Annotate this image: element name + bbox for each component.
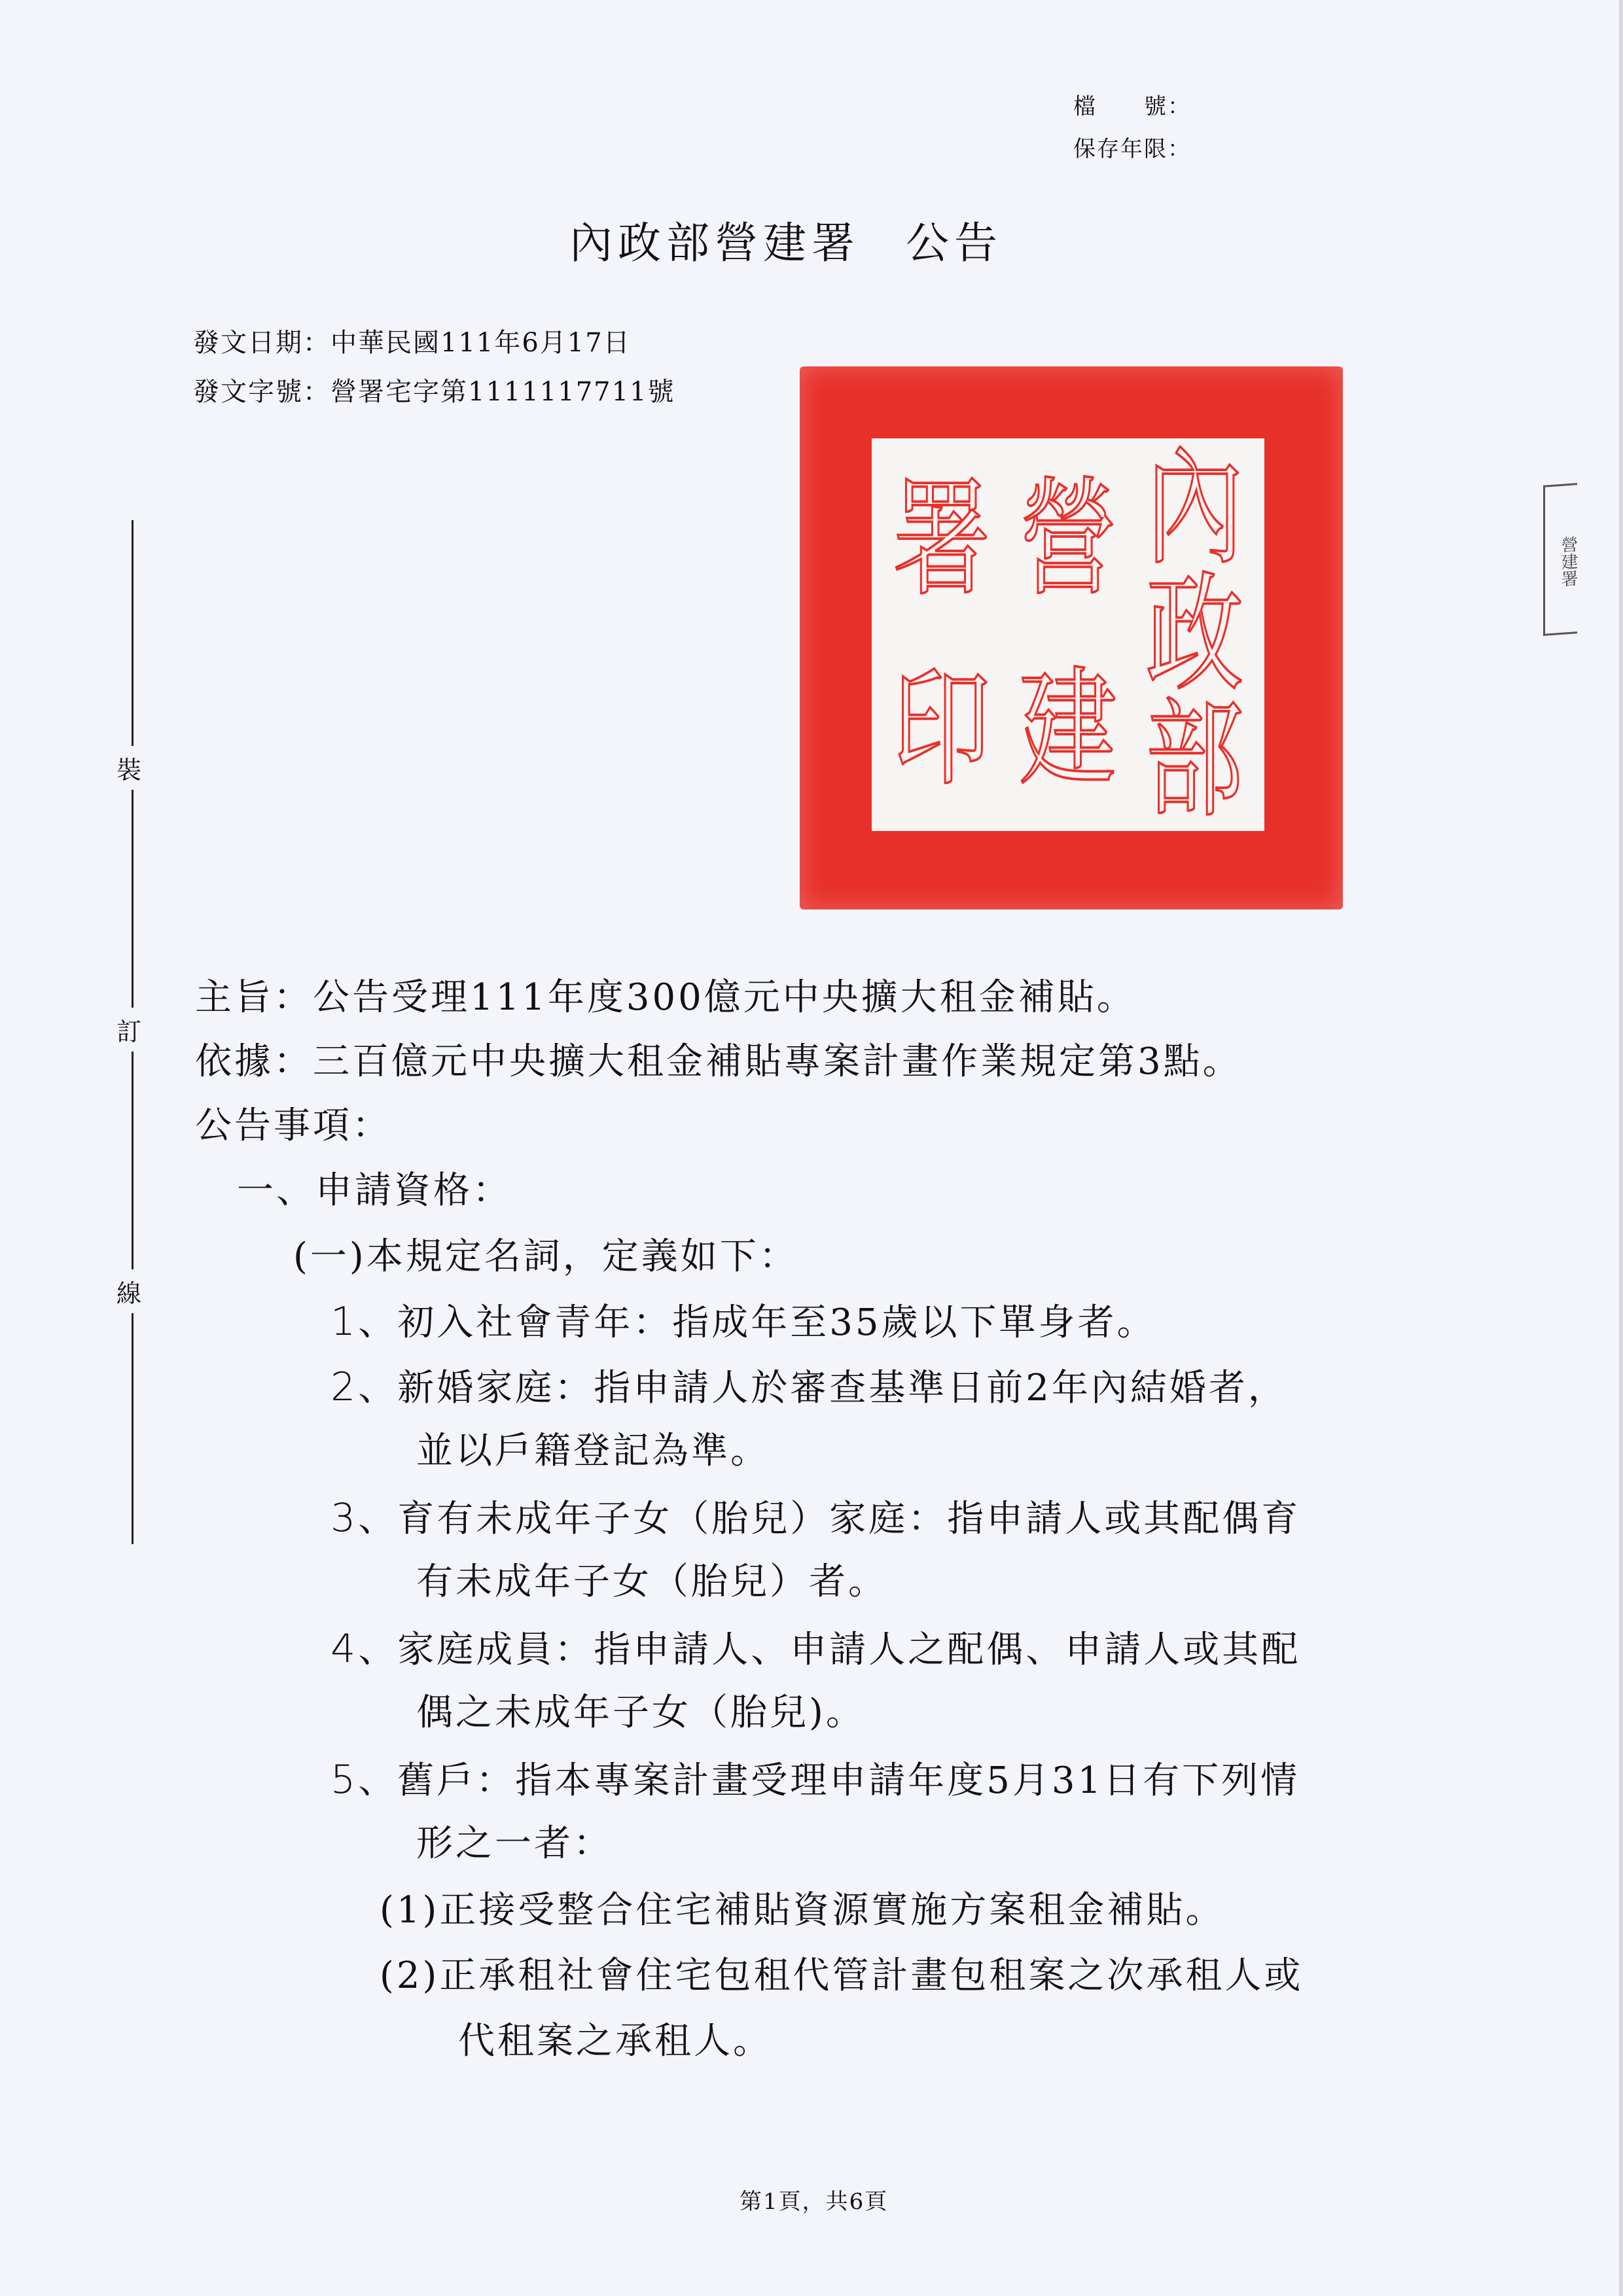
seal-char: 部: [1145, 698, 1243, 825]
seal-inner-field: 內 政 部 營 建 署 印: [872, 438, 1264, 831]
definition-item-5-cont: 形之一者：: [416, 1826, 613, 1862]
retention-period-label: 保存年限：: [1073, 131, 1191, 163]
page-title: 內政部營建署公告: [569, 208, 1003, 270]
basis-text: 三百億元中央擴大租金補貼專案計畫作業規定第3點。: [313, 1040, 1242, 1083]
issue-number: 發文字號：營署宅字第1111117711號: [193, 371, 675, 408]
case-number: (1): [380, 1889, 439, 1932]
side-stamp: 營建署: [1543, 483, 1577, 636]
item-number: 2: [330, 1368, 358, 1407]
seal-char: 政: [1145, 571, 1243, 698]
binding-char-ding: 訂: [116, 1008, 141, 1051]
subject-label: 主旨：: [195, 976, 313, 1019]
seal-char: 署: [893, 476, 991, 604]
issue-date: 發文日期：中華民國111年6月17日: [193, 322, 631, 359]
official-seal: 內 政 部 營 建 署 印: [800, 366, 1343, 910]
file-number-label: 檔 號：: [1073, 88, 1191, 120]
item-number: 5: [330, 1760, 358, 1799]
seal-char: 建: [1019, 666, 1117, 794]
old-household-case-1: (1)正接受整合住宅補貼資源實施方案租金補貼。: [380, 1892, 1224, 1929]
case-number: (2): [380, 1954, 439, 1997]
item-number: 4: [330, 1629, 358, 1669]
case-text: 正接受整合住宅補貼資源實施方案租金補貼。: [439, 1889, 1224, 1932]
basis-label: 依據：: [195, 1040, 313, 1083]
definition-item-3: 3、育有未成年子女（胎兒）家庭：指申請人或其配偶育: [330, 1498, 1300, 1538]
definition-item-4-cont: 偶之未成年子女（胎兒)。: [416, 1695, 865, 1731]
old-household-case-2: (2)正承租社會住宅包租代管計畫包租案之次承租人或: [380, 1958, 1303, 1994]
page-indicator: 第1頁，共6頁: [740, 2183, 888, 2216]
scan-edge: [1619, 0, 1623, 2296]
seal-char: 營: [1019, 476, 1117, 604]
item-text: 、舊戶：指本專案計畫受理申請年度5月31日有下列情: [358, 1759, 1300, 1802]
definition-item-2: 2、新婚家庭：指申請人於審查基準日前2年內結婚者，: [330, 1368, 1287, 1407]
item-text: 、新婚家庭：指申請人於審查基準日前2年內結婚者，: [358, 1367, 1287, 1409]
seal-column-3: 署 印: [893, 445, 991, 824]
issue-date-label: 發文日期：: [193, 328, 330, 358]
definition-item-1: 1、初入社會青年：指成年至35歲以下單身者。: [330, 1302, 1156, 1341]
subsection-1-heading: (一)本規定名詞，定義如下：: [293, 1239, 798, 1275]
binding-char-zhuang: 裝: [116, 746, 141, 790]
subject-text: 公告受理111年度300億元中央擴大租金補貼。: [313, 976, 1136, 1019]
definition-item-2-cont: 並以戶籍登記為準。: [416, 1433, 770, 1470]
issue-number-label: 發文字號：: [193, 377, 330, 407]
seal-char: 印: [893, 666, 991, 794]
item-number: 1: [330, 1302, 358, 1341]
definition-item-3-cont: 有未成年子女（胎兒）者。: [416, 1564, 887, 1600]
definition-item-5: 5、舊戶：指本專案計畫受理申請年度5月31日有下列情: [330, 1760, 1300, 1799]
issue-number-value: 營署宅字第1111117711號: [330, 377, 675, 407]
item-text: 、初入社會青年：指成年至35歲以下單身者。: [358, 1301, 1156, 1344]
binding-char-xian: 線: [116, 1269, 141, 1313]
section-1-heading: 一、申請資格：: [237, 1173, 512, 1209]
basis-line: 依據：三百億元中央擴大租金補貼專案計畫作業規定第3點。: [195, 1044, 1242, 1080]
issue-date-value: 中華民國111年6月17日: [330, 328, 631, 358]
item-text: 、育有未成年子女（胎兒）家庭：指申請人或其配偶育: [358, 1498, 1300, 1540]
subject-line: 主旨：公告受理111年度300億元中央擴大租金補貼。: [195, 980, 1136, 1016]
case-text: 正承租社會住宅包租代管計畫包租案之次承租人或: [439, 1954, 1303, 1997]
agency-name: 內政部營建署: [569, 218, 860, 268]
document-type: 公告: [906, 218, 1003, 268]
item-text: 、家庭成員：指申請人、申請人之配偶、申請人或其配: [358, 1629, 1300, 1671]
announcement-items-label: 公告事項：: [195, 1108, 391, 1144]
definition-item-4: 4、家庭成員：指申請人、申請人之配偶、申請人或其配: [330, 1629, 1300, 1669]
seal-char: 內: [1145, 444, 1243, 572]
old-household-case-2-cont: 代租案之承租人。: [458, 2023, 772, 2060]
item-number: 3: [330, 1498, 358, 1538]
seal-column-2: 營 建: [1019, 445, 1117, 824]
seal-column-1: 內 政 部: [1145, 445, 1243, 824]
